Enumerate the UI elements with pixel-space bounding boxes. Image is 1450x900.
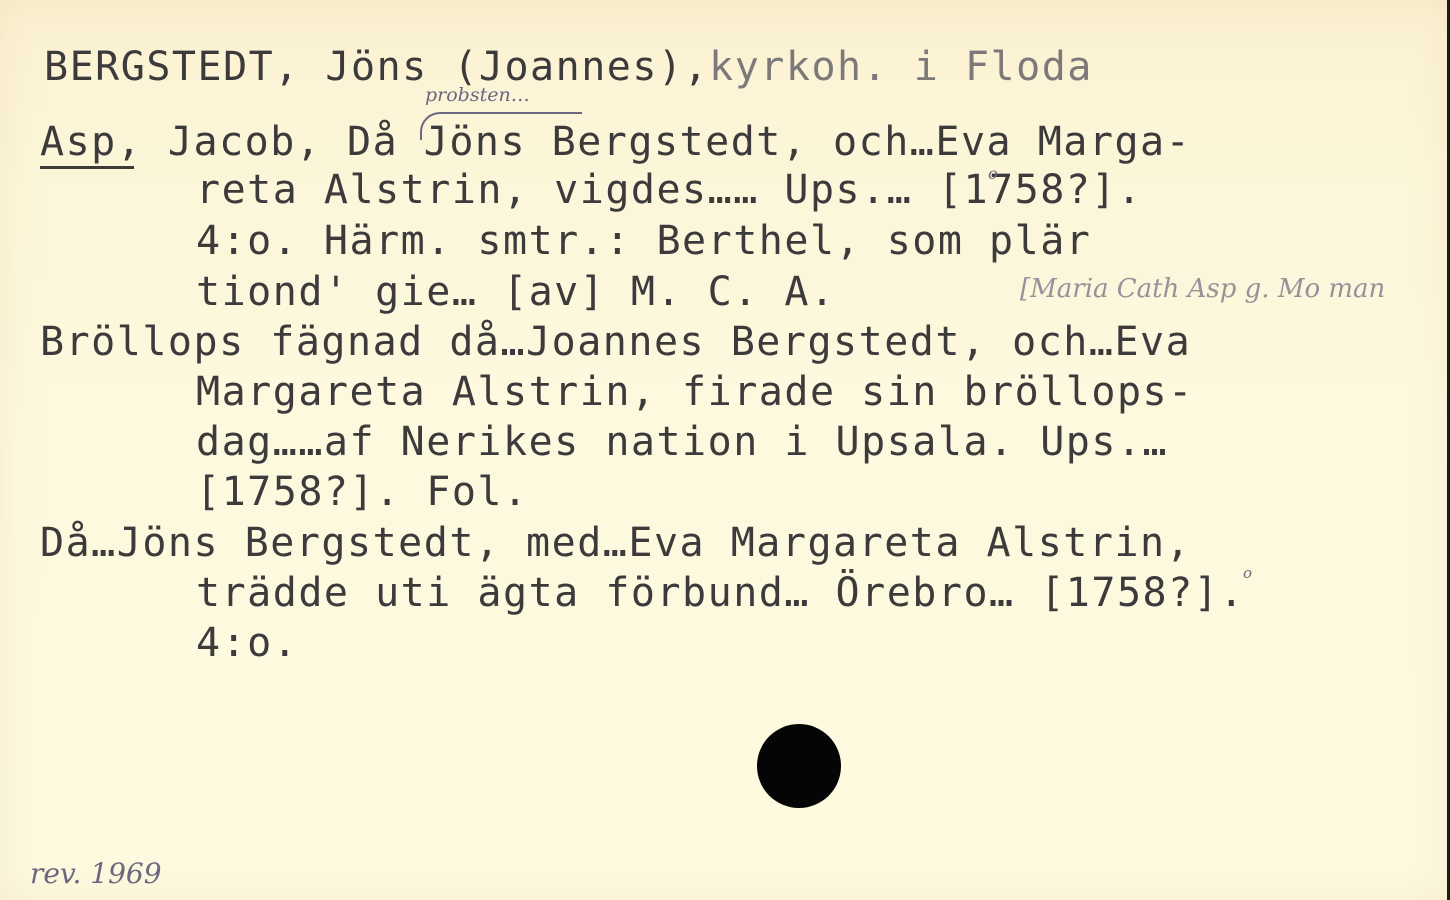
handwritten-margin-note: [Maria Cath Asp g. Mo man xyxy=(1020,276,1385,302)
entry-1-line-4: tiond' gie… [av] M. C. A. xyxy=(196,272,836,312)
entry-2-line-1: Bröllops fägnad då…Joannes Bergstedt, oc… xyxy=(40,322,1191,362)
punch-hole xyxy=(757,724,841,808)
handwritten-insertion: probsten… xyxy=(425,86,530,105)
handwritten-superscript: o xyxy=(988,166,998,182)
heading-name: BERGSTEDT, Jöns (Joannes), xyxy=(44,44,709,90)
heading-title: kyrkoh. i Floda xyxy=(709,44,1093,90)
entry-2-line-3: dag……af Nerikes nation i Upsala. Ups.… xyxy=(196,422,1168,462)
card-heading: BERGSTEDT, Jöns (Joannes),kyrkoh. i Flod… xyxy=(44,47,1093,87)
catalog-card: BERGSTEDT, Jöns (Joannes),kyrkoh. i Flod… xyxy=(0,0,1450,900)
entry-1-line-3: 4:o. Härm. smtr.: Berthel, som plär xyxy=(196,221,1091,261)
entry-3-line-1: Då…Jöns Bergstedt, med…Eva Margareta Als… xyxy=(40,523,1191,563)
entry-1-line-1: Asp, Jacob, Då Jöns Bergstedt, och…Eva M… xyxy=(40,122,1191,162)
entry-1-line-2: reta Alstrin, vigdes…… Ups.… [1758?]. xyxy=(196,170,1143,210)
handwritten-superscript-2: o xyxy=(1243,566,1252,581)
entry-3-line-2: trädde uti ägta förbund… Örebro… [1758?]… xyxy=(196,573,1245,613)
entry-2-line-4: [1758?]. Fol. xyxy=(196,472,529,512)
revision-note: rev. 1969 xyxy=(30,860,162,888)
entry-3-line-3: 4:o. xyxy=(196,623,298,663)
author-underline xyxy=(40,166,134,169)
entry-2-line-2: Margareta Alstrin, firade sin bröllops- xyxy=(196,372,1194,412)
